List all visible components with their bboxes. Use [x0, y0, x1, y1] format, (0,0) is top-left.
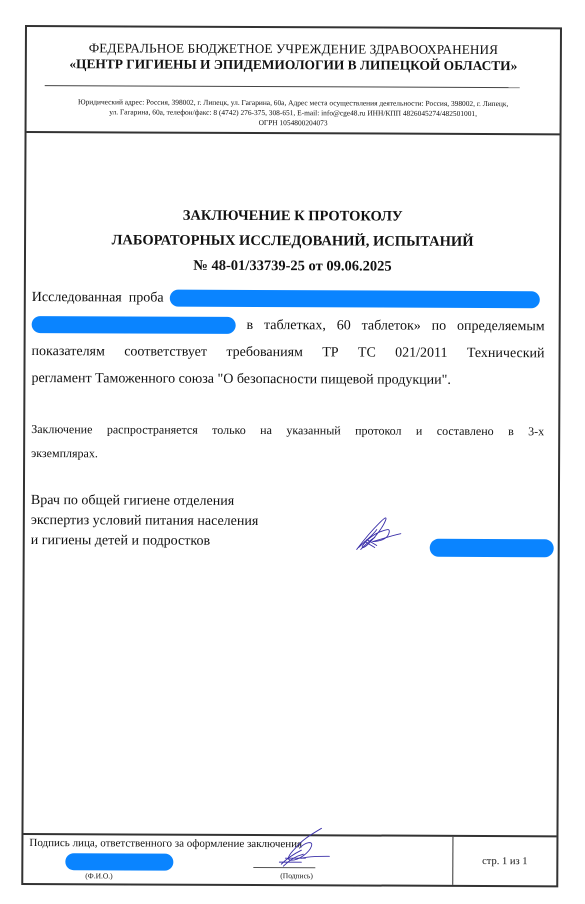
document-title: ЗАКЛЮЧЕНИЕ К ПРОТОКОЛУ ЛАБОРАТОРНЫХ ИССЛ…: [26, 203, 559, 280]
note-line-1: Заключение распространяется только на ук…: [31, 417, 544, 443]
protocol-number: № 48-01/33739-25 от 09.06.2025: [26, 253, 559, 280]
organization-header: ФЕДЕРАЛЬНОЕ БЮДЖЕТНОЕ УЧРЕЖДЕНИЕ ЗДРАВОО…: [27, 40, 560, 74]
address-divider: [27, 131, 560, 135]
body-line-3: показателям соответствует требованиям ТР…: [32, 338, 545, 367]
signature-label: (Подпись): [280, 871, 313, 880]
word: 3-х: [528, 419, 544, 443]
fio-label: (Ф.И.О.): [85, 871, 112, 880]
word: протокол: [355, 418, 402, 442]
page-number-cell: стр. 1 из 1: [453, 837, 556, 885]
word: Заключение: [31, 417, 92, 441]
word: соответствует: [124, 338, 207, 365]
word: 021/2011: [395, 340, 447, 367]
word: определяемым: [457, 313, 545, 340]
word: ТС: [358, 339, 376, 366]
body-line-2: в таблетках, 60 таблеток» по определяемы…: [32, 311, 545, 340]
doctor-line-3: и гигиены детей и подростков: [31, 531, 259, 552]
doctor-line-1: Врач по общей гигиене отделения: [31, 491, 259, 512]
responsible-signature-icon: [271, 824, 331, 869]
word: указанный: [286, 418, 340, 442]
page-number: стр. 1 из 1: [482, 856, 527, 867]
redacted-sample-name-cont: [32, 316, 236, 334]
sample-label: Исследованная проба: [32, 284, 164, 312]
word: только: [212, 418, 246, 442]
word: таблетках,: [264, 312, 326, 339]
body-line-4: регламент Таможенного союза "О безопасно…: [31, 365, 544, 394]
responsible-person-cell: Подпись лица, ответственного за оформлен…: [23, 835, 453, 885]
redacted-doctor-name: [430, 539, 554, 558]
address-line-3: ОГРН 1054800204073: [29, 117, 558, 130]
conclusion-paragraph: Исследованная проба в таблетках, 60 табл…: [31, 284, 544, 394]
word: по: [432, 313, 447, 340]
word: таблеток»: [362, 312, 421, 339]
word: Технический: [467, 340, 545, 367]
word: ТР: [322, 339, 338, 366]
signature-footer: Подпись лица, ответственного за оформлен…: [23, 833, 556, 885]
note-line-2: экземплярах.: [31, 441, 544, 467]
address-block: Юридический адрес: Россия, 398002, г. Ли…: [29, 97, 558, 130]
copies-note: Заключение распространяется только на ук…: [31, 417, 544, 467]
title-line-1: ЗАКЛЮЧЕНИЕ К ПРОТОКОЛУ: [26, 203, 559, 230]
word: 60: [337, 312, 351, 339]
organization-name: «ЦЕНТР ГИГИЕНЫ И ЭПИДЕМИОЛОГИИ В ЛИПЕЦКО…: [27, 56, 560, 74]
word: составлено: [437, 419, 494, 443]
redacted-sample-name: [170, 290, 540, 309]
word: в: [508, 419, 514, 443]
word: на: [260, 418, 272, 442]
responsible-signature-caption: Подпись лица, ответственного за оформлен…: [29, 837, 302, 850]
header-divider: [45, 85, 520, 88]
doctor-position: Врач по общей гигиене отделения эксперти…: [31, 491, 259, 552]
document-page: ФЕДЕРАЛЬНОЕ БЮДЖЕТНОЕ УЧРЕЖДЕНИЕ ЗДРАВОО…: [21, 25, 562, 887]
word: в: [246, 312, 253, 339]
word: распространяется: [107, 417, 198, 441]
title-line-2: ЛАБОРАТОРНЫХ ИССЛЕДОВАНИЙ, ИСПЫТАНИЙ: [26, 228, 559, 255]
body-line-1: Исследованная проба: [32, 284, 545, 313]
redacted-responsible-name: [65, 853, 173, 870]
doctor-line-2: экспертиз условий питания населения: [31, 511, 259, 532]
word: и: [416, 419, 423, 443]
word: показателям: [32, 338, 105, 365]
word: требованиям: [226, 339, 303, 366]
doctor-signature-icon: [353, 513, 403, 553]
